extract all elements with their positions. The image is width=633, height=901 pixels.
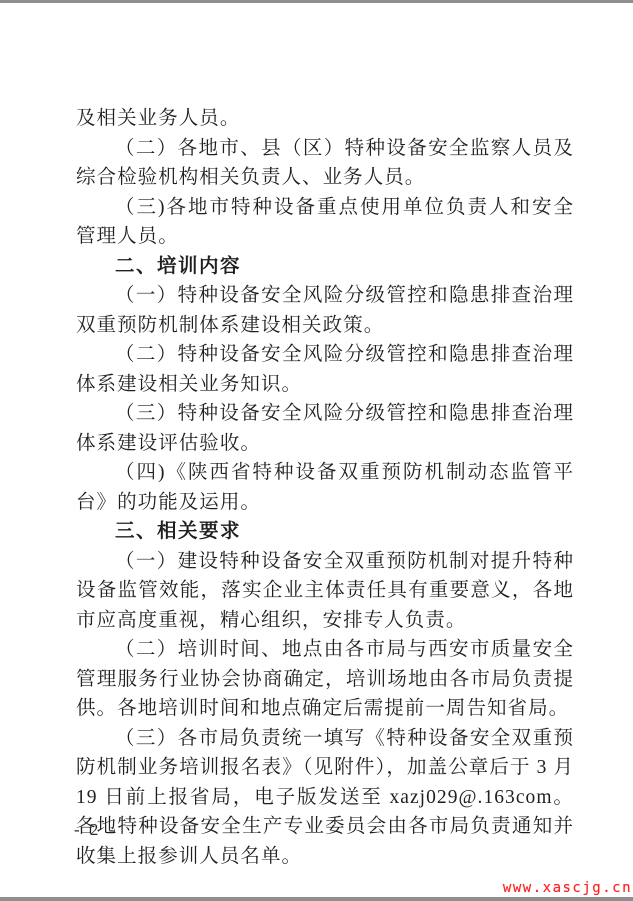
section-heading: 三、相关要求 <box>76 517 574 547</box>
paragraph: （三）各市局负责统一填写《特种设备安全双重预防机制业务培训报名表》（见附件），加… <box>76 724 574 872</box>
page-number: - 2 - <box>74 820 117 840</box>
watermark-url: www.xascjg.cn <box>503 880 632 896</box>
paragraph: （一）建设特种设备安全双重预防机制对提升特种设备监管效能，落实企业主体责任具有重… <box>76 547 574 636</box>
page-top-edge <box>0 0 633 3</box>
document-page: 及相关业务人员。（二）各地市、县（区）特种设备安全监察人员及综合检验机构相关负责… <box>0 0 633 901</box>
paragraph: （二）各地市、县（区）特种设备安全监察人员及综合检验机构相关负责人、业务人员。 <box>76 134 574 193</box>
document-body: 及相关业务人员。（二）各地市、县（区）特种设备安全监察人员及综合检验机构相关负责… <box>76 104 574 871</box>
paragraph: （二）特种设备安全风险分级管控和隐患排查治理体系建设相关业务知识。 <box>76 340 574 399</box>
paragraph: （二）培训时间、地点由各市局与西安市质量安全管理服务行业协会协商确定，培训场地由… <box>76 635 574 724</box>
paragraph: （四)《陕西省特种设备双重预防机制动态监管平台》的功能及运用。 <box>76 458 574 517</box>
paragraph: （三)各地市特种设备重点使用单位负责人和安全管理人员。 <box>76 193 574 252</box>
paragraph: （三）特种设备安全风险分级管控和隐患排查治理体系建设评估验收。 <box>76 399 574 458</box>
paragraph: 及相关业务人员。 <box>76 104 574 134</box>
section-heading: 二、培训内容 <box>76 252 574 282</box>
paragraph: （一）特种设备安全风险分级管控和隐患排查治理双重预防机制体系建设相关政策。 <box>76 281 574 340</box>
page-bottom-edge <box>0 897 633 901</box>
